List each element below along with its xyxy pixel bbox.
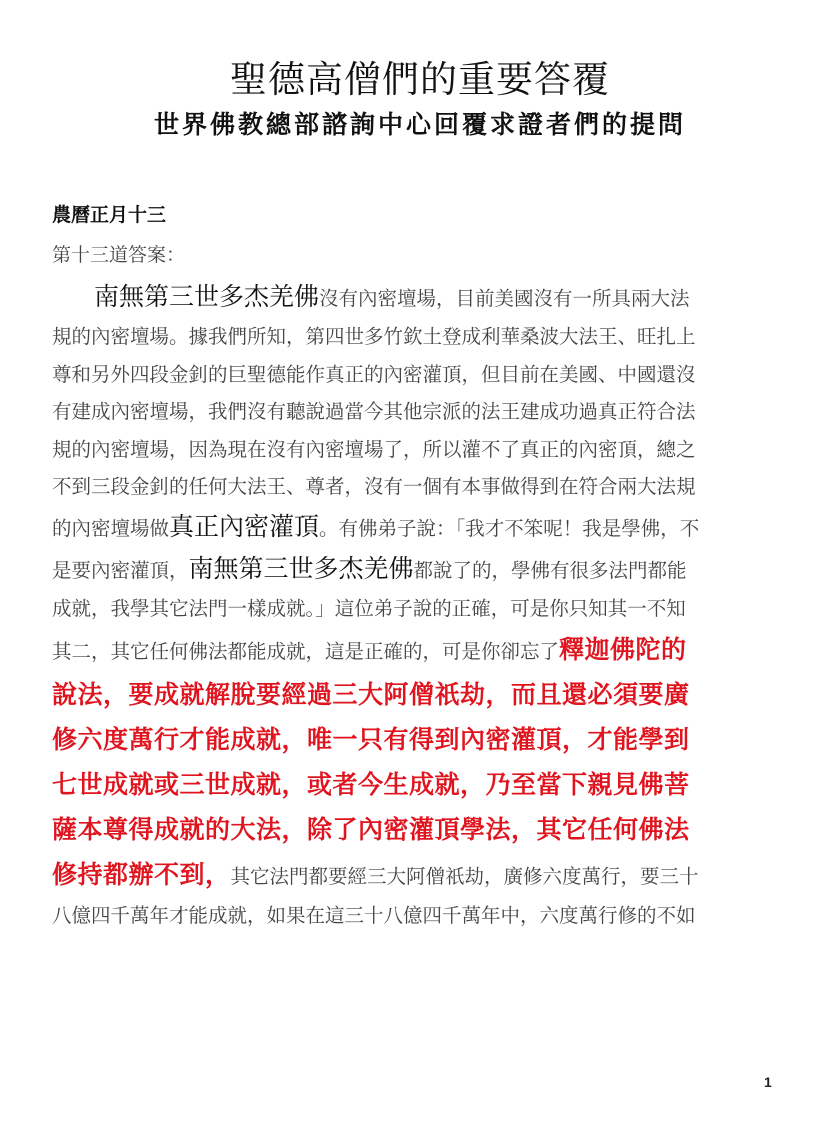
body-line: 成就，我學其它法門一樣成就。」這位弟子說的正確，可是你只知其一不知: [52, 590, 772, 628]
body-line: 規的內密壇場。據我們所知，第四世多竹欽土登成利華桑波大法王、旺扎上: [52, 318, 772, 356]
body-line: 規的內密壇場，因為現在沒有內密壇場了，所以灌不了真正的內密頂，總之: [52, 431, 772, 469]
body-text: 。有佛弟子說：「我才不笨呢！我是學佛，不: [319, 517, 699, 540]
body-line: 南無第三世多杰羌佛沒有內密壇場，目前美國沒有一所具兩大法: [52, 276, 772, 318]
body-text: 是要內密灌頂，: [52, 559, 189, 582]
document-page: 聖德高僧們的重要答覆 世界佛教總部諮詢中心回覆求證者們的提問 農曆正月十三 第十…: [0, 0, 840, 1134]
emphasized-text: 南無第三世多杰羌佛: [94, 282, 319, 311]
body-text: 八億四千萬年才能成就，如果在這三十八億四千萬年中，六度萬行修的不如: [52, 904, 696, 927]
body-text: 成就，我學其它法門一樣成就。」這位弟子說的正確，可是你只知其一不知: [52, 597, 686, 620]
highlighted-text: 薩本尊得成就的大法，除了內密灌頂學法，其它任何佛法: [52, 815, 690, 844]
highlighted-text: 釋迦佛陀的: [559, 635, 687, 664]
body-line: 有建成內密壇場，我們沒有聽說過當今其他宗派的法王建成功過真正符合法: [52, 393, 772, 431]
emphasized-text: 南無第三世多杰羌佛: [189, 554, 414, 583]
body-text: 規的內密壇場。據我們所知，第四世多竹欽土登成利華桑波大法王、旺扎上: [52, 325, 696, 348]
highlighted-text: 修六度萬行才能成就，唯一只有得到內密灌頂，才能學到: [52, 725, 690, 754]
answer-body: 南無第三世多杰羌佛沒有內密壇場，目前美國沒有一所具兩大法規的內密壇場。據我們所知…: [52, 276, 772, 935]
body-text: 尊和另外四段金釗的巨聖德能作真正的內密灌頂，但目前在美國、中國還沒: [52, 363, 696, 386]
body-text: 規的內密壇場，因為現在沒有內密壇場了，所以灌不了真正的內密頂，總之: [52, 438, 696, 461]
highlighted-text: 七世成就或三世成就，或者今生成就，乃至當下親見佛菩: [52, 770, 690, 799]
emphasized-text: 真正內密灌頂: [169, 512, 319, 541]
document-title: 聖德高僧們的重要答覆: [0, 58, 840, 102]
document-subtitle: 世界佛教總部諮詢中心回覆求證者們的提問: [0, 108, 840, 142]
body-text: 不到三段金釗的任何大法王、尊者，沒有一個有本事做得到在符合兩大法規: [52, 475, 696, 498]
body-line: 七世成就或三世成就，或者今生成就，乃至當下親見佛菩: [52, 762, 772, 807]
body-line: 的內密壇場做真正內密灌頂。有佛弟子說：「我才不笨呢！我是學佛，不: [52, 506, 772, 548]
page-number: 1: [764, 1074, 772, 1090]
highlighted-text: 說法，要成就解脫要經過三大阿僧祇劫，而且還必須要廣: [52, 680, 690, 709]
body-line: 尊和另外四段金釗的巨聖德能作真正的內密灌頂，但目前在美國、中國還沒: [52, 356, 772, 394]
body-text: 都說了的，學佛有很多法門都能: [414, 559, 687, 582]
lunar-date: 農曆正月十三: [52, 200, 166, 227]
body-line: 是要內密灌頂，南無第三世多杰羌佛都說了的，學佛有很多法門都能: [52, 548, 772, 590]
body-line: 其二，其它任何佛法都能成就，這是正確的，可是你卻忘了釋迦佛陀的: [52, 627, 772, 672]
body-text: 沒有內密壇場，目前美國沒有一所具兩大法: [319, 287, 690, 310]
body-text: 的內密壇場做: [52, 517, 169, 540]
body-line: 說法，要成就解脫要經過三大阿僧祇劫，而且還必須要廣: [52, 672, 772, 717]
body-line: 修六度萬行才能成就，唯一只有得到內密灌頂，才能學到: [52, 717, 772, 762]
highlighted-text: 修持都辦不到，: [52, 860, 231, 889]
body-line: 不到三段金釗的任何大法王、尊者，沒有一個有本事做得到在符合兩大法規: [52, 468, 772, 506]
body-text: 其它法門都要經三大阿僧祇劫，廣修六度萬行，要三十: [231, 865, 699, 888]
body-text: 其二，其它任何佛法都能成就，這是正確的，可是你卻忘了: [52, 640, 559, 663]
body-line: 八億四千萬年才能成就，如果在這三十八億四千萬年中，六度萬行修的不如: [52, 897, 772, 935]
question-label: 第十三道答案：: [52, 240, 185, 267]
body-text: 有建成內密壇場，我們沒有聽說過當今其他宗派的法王建成功過真正符合法: [52, 400, 696, 423]
body-line: 修持都辦不到，其它法門都要經三大阿僧祇劫，廣修六度萬行，要三十: [52, 852, 772, 897]
body-line: 薩本尊得成就的大法，除了內密灌頂學法，其它任何佛法: [52, 807, 772, 852]
